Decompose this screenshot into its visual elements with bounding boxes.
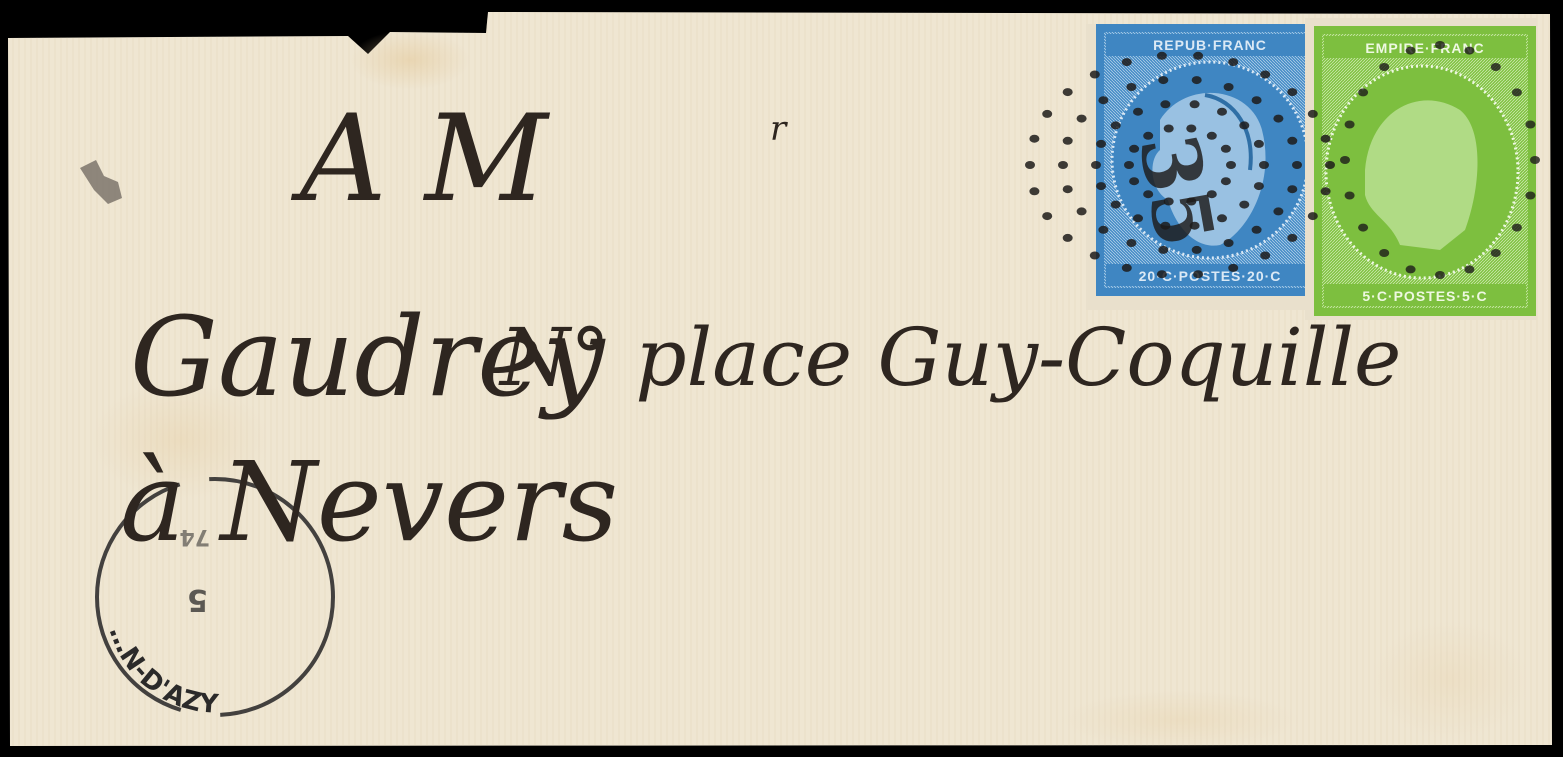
address-salutation-suffix: r bbox=[770, 109, 788, 149]
stamp-napoleon-5c: EMPIRE·FRANC 5·C·POSTES·5·C bbox=[1305, 18, 1537, 320]
cancellation-number: 35 bbox=[1121, 128, 1233, 254]
stamp-ceres-top-text: REPUB·FRANC bbox=[1153, 37, 1267, 53]
address-city: à Nevers bbox=[120, 438, 618, 566]
address-salutation: A M bbox=[290, 90, 551, 229]
postmark-day: 5 bbox=[187, 582, 208, 617]
postal-cover-scene: REPUB·FRANC 20·C·POSTES·20·C EMPIRE·FRAN… bbox=[0, 0, 1563, 757]
stamp-napoleon-bottom-text: 5·C·POSTES·5·C bbox=[1362, 288, 1487, 304]
address-street: N° place Guy-Coquille bbox=[498, 311, 1401, 404]
